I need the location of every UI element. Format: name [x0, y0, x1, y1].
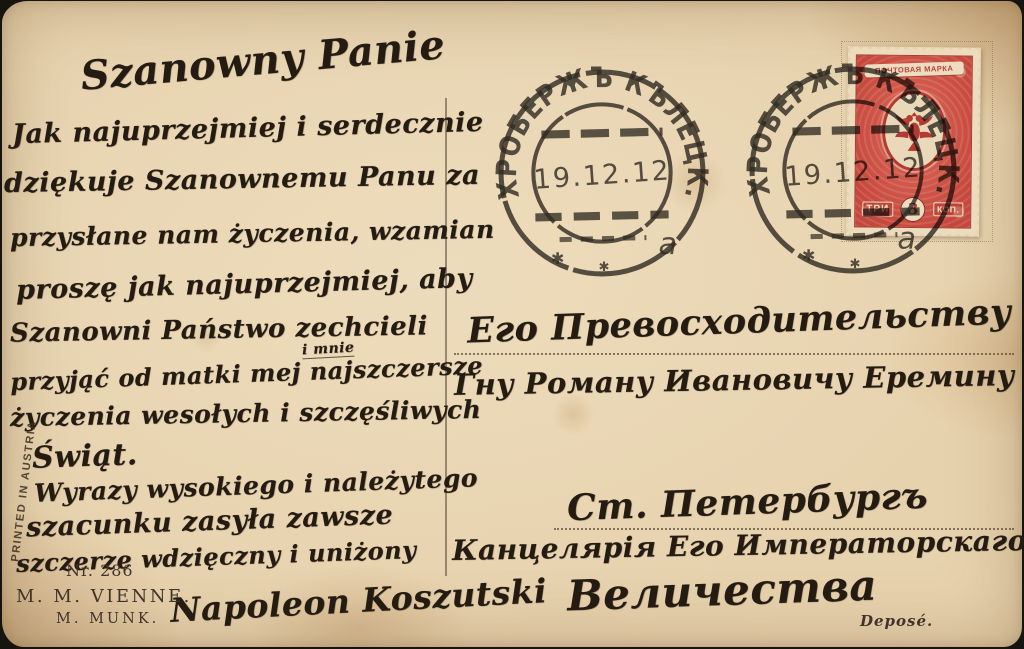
message-line: życzenia wesołych i szczęśliwych [10, 395, 482, 432]
address-line: Ст. Петербургъ [566, 475, 928, 530]
postmark-star-icon: ✱ [551, 249, 565, 268]
message-line: Szanowni Państwo zechcieli [10, 311, 428, 348]
postmark-star-icon: ✱ [599, 260, 610, 275]
address-line: Канцелярія Его Императорскаго [452, 524, 1024, 567]
message-insert: i mnie [302, 340, 355, 360]
address-line: Величества [566, 561, 878, 621]
message-line: Jak najuprzejmiej i serdecznie [12, 107, 484, 150]
depose-note: Deposé. [860, 612, 933, 630]
address-line-rule [454, 353, 1014, 355]
address-line: Гну Роману Ивановичу Еремину [454, 358, 1015, 402]
postmark-right: ХРОБЕРЖЪ КЪЛЕЦК. 19.12.12 ✱ ✱ a [746, 63, 960, 277]
publisher-name: M. MUNK. [56, 611, 159, 627]
postmark-star-icon: ✱ [802, 246, 816, 265]
address-line: Его Превосходительству [466, 292, 1012, 352]
postmark-letter: a [897, 222, 916, 257]
postmark-star-icon: ✱ [850, 257, 861, 272]
message-line: Świąt. [31, 437, 138, 476]
message-line: Szanowny Panie [79, 21, 447, 100]
message-line: przysłane nam życzenia, wzamian [10, 215, 495, 252]
postmark-left: ХРОБЕРЖЪ КЪЛЕЦК. 19.12.12 ✱ ✱ a [495, 66, 709, 280]
message-line: przyjąć od matki mej najszczersze [10, 351, 484, 396]
message-line: dziękuje Szanownemu Panu za [4, 160, 480, 199]
postcard-back: Szanowny Panie Jak najuprzejmiej i serde… [2, 1, 1022, 647]
postmark-letter: a [659, 227, 678, 262]
publisher-name: M. M. VIENNE. [16, 586, 192, 607]
signature: Napoleon Koszutski [169, 571, 548, 630]
postmark-date: 19.12.12 [533, 155, 672, 196]
card-number: Nr. 286 [66, 561, 134, 580]
message-line: proszę jak najuprzejmiej, aby [16, 263, 473, 306]
postmark-date: 19.12.12 [784, 152, 923, 193]
